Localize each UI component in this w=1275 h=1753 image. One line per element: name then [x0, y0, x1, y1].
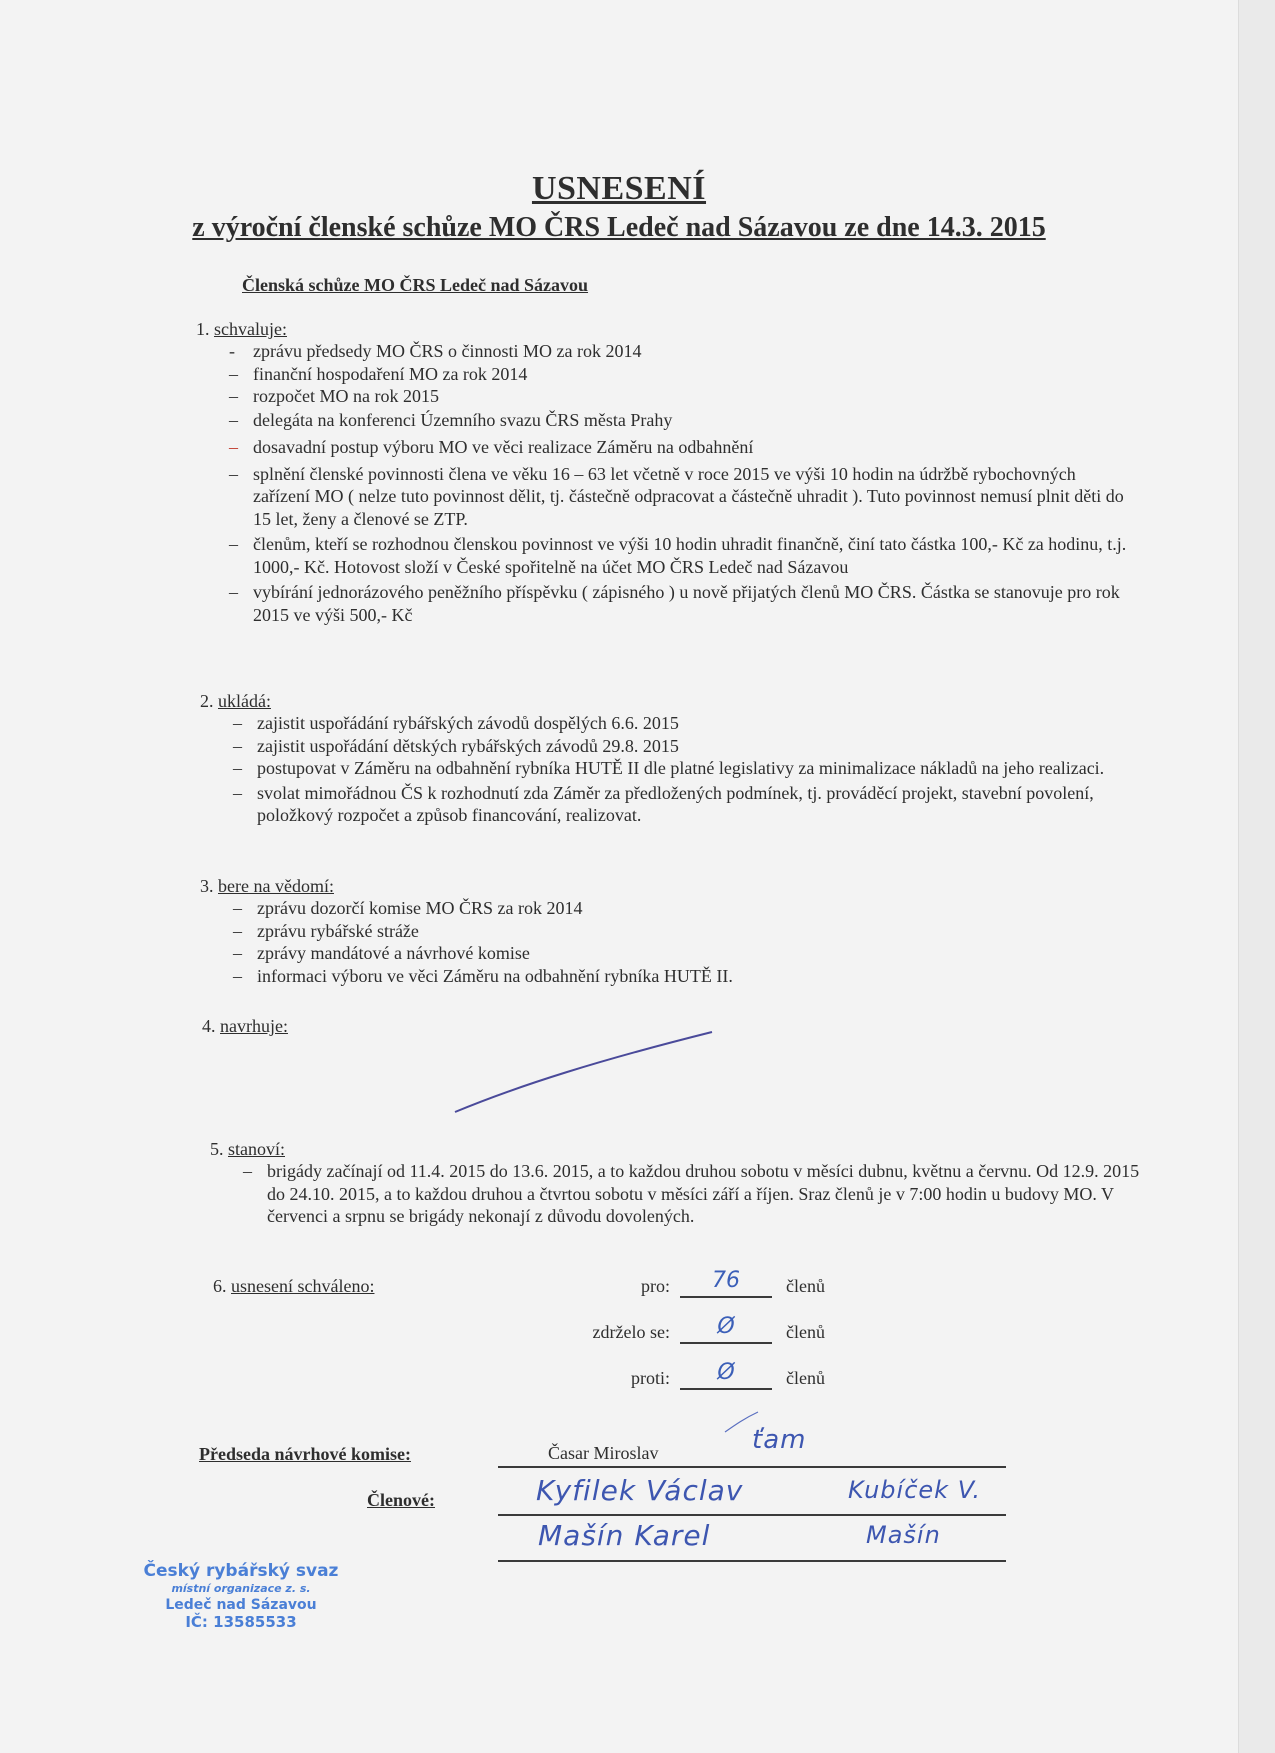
- organization-stamp: Český rybářský svaz místní organizace z.…: [126, 1563, 356, 1631]
- vote-for: pro: 76 členů: [560, 1272, 880, 1318]
- members-label: Členové:: [367, 1490, 435, 1511]
- section-approval: 6. usnesení schváleno:: [213, 1276, 374, 1297]
- vote-results: pro: 76 členů zdrželo se: Ø členů proti:…: [560, 1272, 880, 1410]
- list-item: brigády začínají od 11.4. 2015 do 13.6. …: [243, 1160, 1147, 1228]
- vote-count: 76: [680, 1268, 772, 1293]
- vote-abstained: zdrželo se: Ø členů: [560, 1318, 880, 1364]
- vote-count: Ø: [680, 1314, 772, 1339]
- vote-count: Ø: [680, 1360, 772, 1385]
- section-sets: 5. stanoví: brigády začínají od 11.4. 20…: [210, 1138, 1147, 1228]
- section-heading: 5. stanoví:: [210, 1138, 1147, 1160]
- member-signature: Kubíček V.: [848, 1476, 981, 1504]
- chair-label: Předseda návrhové komise:: [199, 1444, 411, 1465]
- member-name: Kyfilek Václav: [536, 1474, 743, 1507]
- member-name: Mašín Karel: [538, 1519, 710, 1552]
- chair-signature: ťam: [752, 1425, 806, 1455]
- chair-name: Časar Miroslav: [548, 1443, 658, 1464]
- member-signature: Mašín: [866, 1521, 941, 1549]
- section-items: brigády začínají od 11.4. 2015 do 13.6. …: [210, 1160, 1147, 1228]
- vote-against: proti: Ø členů: [560, 1364, 880, 1410]
